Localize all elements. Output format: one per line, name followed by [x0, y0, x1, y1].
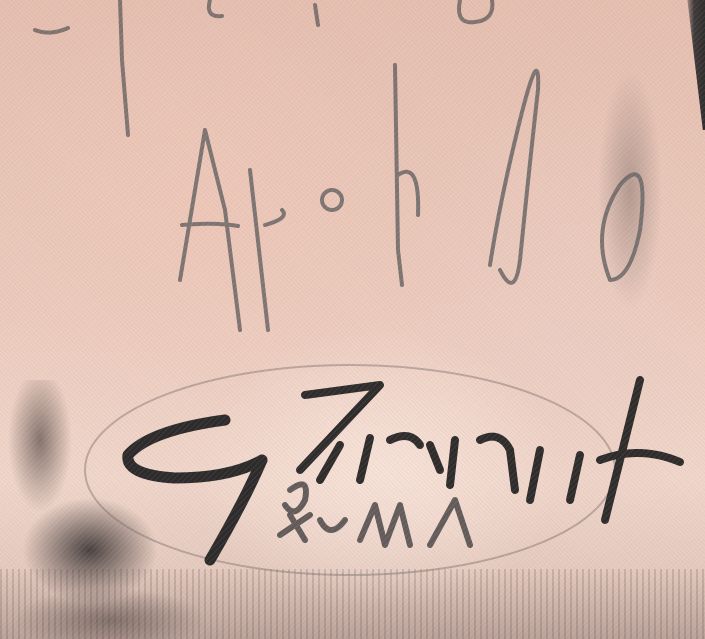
top-partial-writing: [35, 0, 492, 135]
artwork-photo: Apolla G. Ferrandiz Roma: [0, 0, 705, 639]
roma-strokes: [280, 484, 470, 545]
apolla-inscription: [180, 65, 643, 330]
signature-name: [300, 380, 680, 520]
handwriting-strokes: [0, 0, 705, 639]
